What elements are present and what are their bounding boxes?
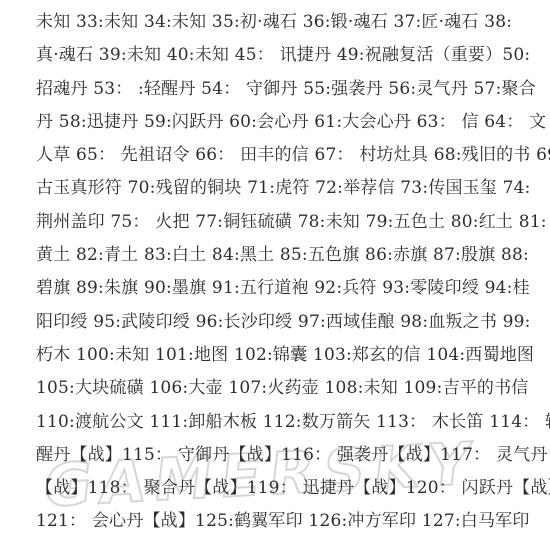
document-page: GAMERSKY 未知 33:未知 34:未知 35:初·魂石 36:锻·魂石 … [0, 0, 550, 547]
text-line: 朽木 100:未知 101:地图 102:锦囊 103:郑玄的信 104:西蜀地… [36, 339, 512, 372]
text-line: 招魂丹 53： :轻醒丹 54： 守御丹 55:强袭丹 56:灵气丹 57:聚合 [36, 73, 512, 106]
text-line: 阳印绶 95:武陵印绶 96:长沙印绶 97:西域佳酿 98:血叛之书 99: [36, 306, 512, 339]
text-line: 古玉真形符 70:残留的铜块 71:虎符 72:举荐信 73:传国玉玺 74: [36, 172, 512, 205]
text-line: 121： 会心丹【战】125:鹤翼军印 126:冲方军印 127:白马军印 [36, 505, 512, 538]
text-line: 丹 58:迅捷丹 59:闪跃丹 60:会心丹 61:大会心丹 63： 信 64：… [36, 106, 512, 139]
text-line: 【战】118： 聚合丹【战】119： 迅捷丹【战】120： 闪跃丹【战】 [36, 472, 512, 505]
text-line: 黄土 82:青土 83:白土 84:黑土 85:五色旗 86:赤旗 87:殷旗 … [36, 239, 512, 272]
text-line: 碧旗 89:朱旗 90:墨旗 91:五行道袍 92:兵符 93:零陵印绶 94:… [36, 272, 512, 305]
text-line: 醒丹【战】115： 守御丹【战】116： 强袭丹【战】117： 灵气丹 [36, 439, 512, 472]
text-line: 未知 33:未知 34:未知 35:初·魂石 36:锻·魂石 37:匠·魂石 3… [36, 6, 512, 39]
text-line: 真·魂石 39:未知 40:未知 45： 讯捷丹 49:祝融复活（重要）50: [36, 39, 512, 72]
item-list-text: 未知 33:未知 34:未知 35:初·魂石 36:锻·魂石 37:匠·魂石 3… [0, 0, 550, 539]
text-line: 110:渡航公文 111:卸船木板 112:数万箭矢 113： 木长笛 114：… [36, 406, 512, 439]
text-line: 人草 65： 先祖诏令 66： 田丰的信 67： 村坊灶具 68:残旧的书 69… [36, 139, 512, 172]
text-line: 105:大块硫磺 106:大壶 107:火药壶 108:未知 109:吉平的书信 [36, 372, 512, 405]
text-line: 荆州盖印 75： 火把 77:铜钰硫磺 78:未知 79:五色土 80:红土 8… [36, 206, 512, 239]
